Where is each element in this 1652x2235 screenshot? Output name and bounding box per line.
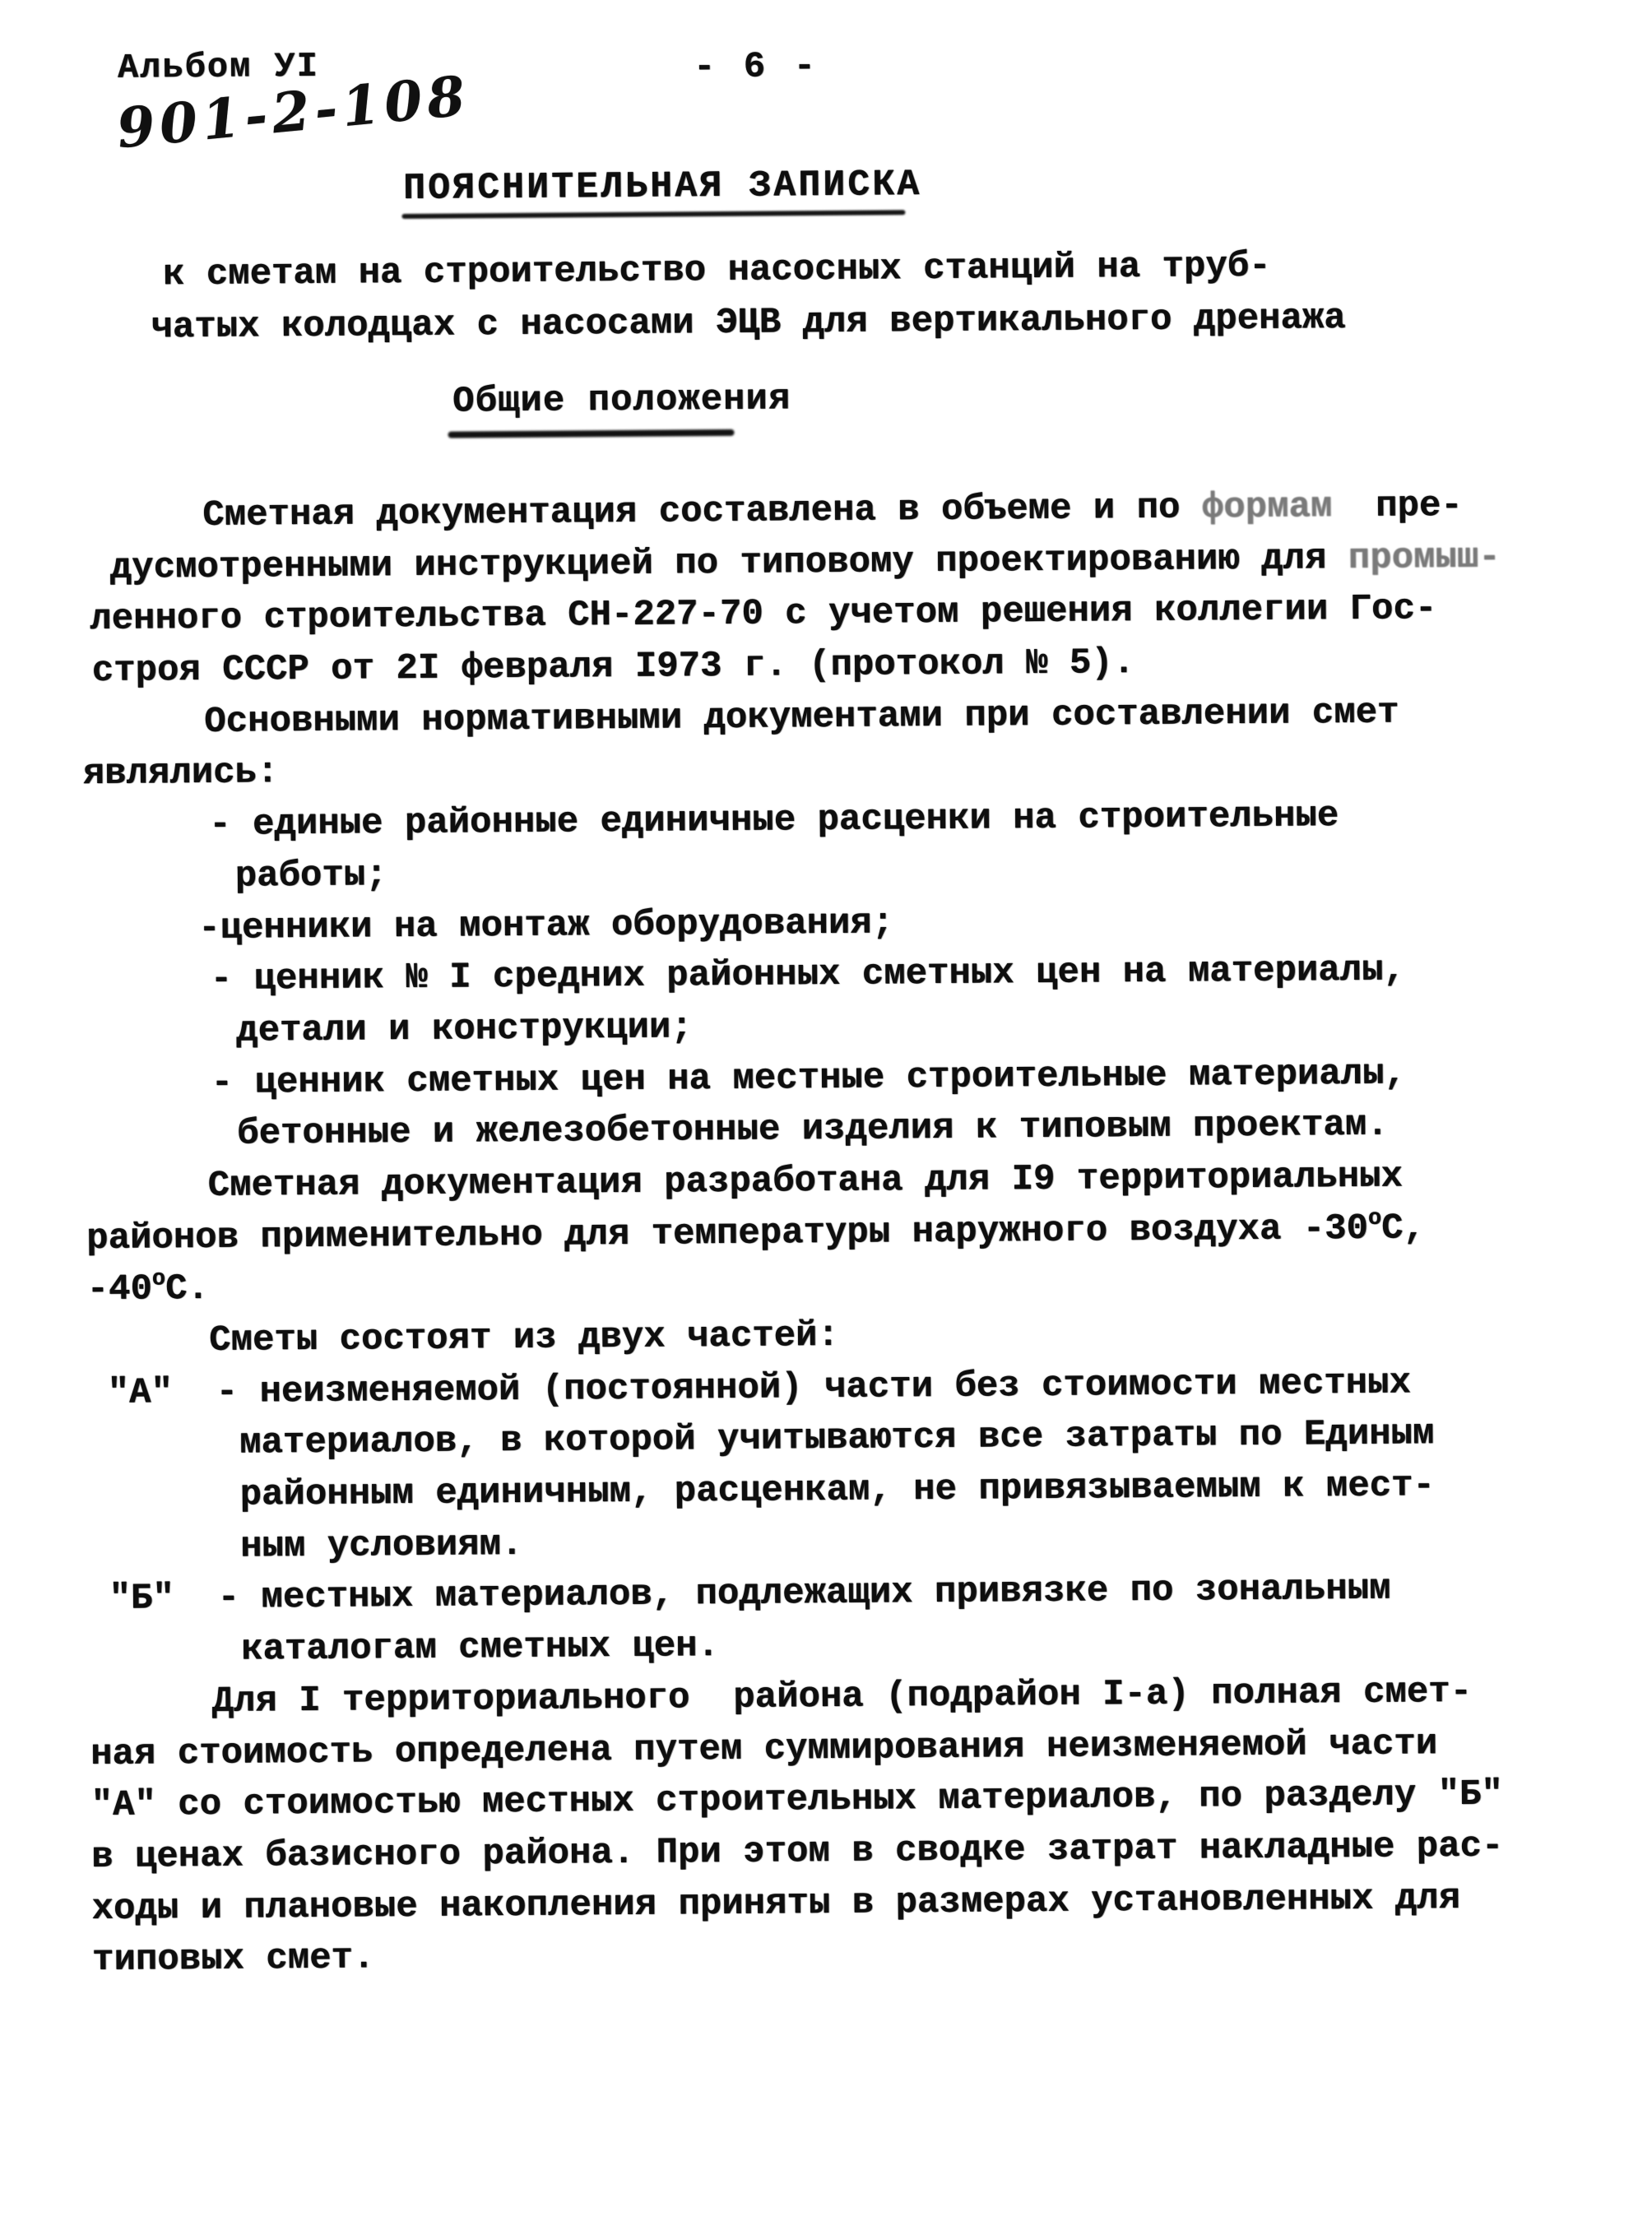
text-segment: - ценник № I средних районных сметных це… [211,950,1406,1000]
text-segment: пре- [1332,485,1463,527]
text-segment: являлись: [83,753,279,795]
text-segment: типовых смет. [92,1938,375,1982]
text-segment: -40 [86,1269,152,1311]
text-segment: Сметы состоят из двух частей: [209,1315,839,1361]
text-segment: "А" со стоимостью местных строительных м… [90,1774,1503,1826]
text-segment: детали и конструкции; [236,1007,693,1051]
section-heading-underline [448,429,735,438]
doc-title: ПОЯСНИТЕЛЬНАЯ ЗАПИСКА [403,164,921,210]
text-segment: - единые районные единичные расценки на … [209,795,1339,846]
text-segment: "А" - неизменяемой (постоянной) части бе… [107,1362,1411,1413]
superscript-degree: о [152,1254,166,1306]
text-segment: - ценник сметных цен на местные строител… [211,1053,1407,1103]
text-segment: районов применительно для температуры на… [86,1208,1368,1259]
superscript-degree: о [1368,1193,1382,1245]
text-segment: "Б" - местных материалов, подлежащих при… [109,1569,1390,1620]
text-segment: Основными нормативными документами при с… [204,692,1399,742]
text-segment: дусмотренными инструкцией по типовому пр… [110,538,1348,589]
text-segment: С. [165,1268,209,1310]
text-segment: Для I территориального района (подрайон … [211,1672,1472,1723]
text-segment: промыш- [1348,536,1501,578]
text-segment: ленного строительства СН-227-70 с учетом… [90,589,1436,641]
text-segment: ным условиям. [240,1524,523,1568]
text-segment: Сметная документация разработана для I9 … [208,1156,1404,1206]
text-segment: ная стоимость определена путем суммирова… [90,1723,1437,1775]
text-segment: районным единичным, расценкам, не привяз… [239,1465,1435,1515]
text-segment: материалов, в которой учитываются все за… [239,1414,1435,1464]
text-segment: -ценники на монтаж оборудования; [198,902,893,949]
text-segment: работы; [235,855,387,897]
text-segment: формам [1202,486,1333,528]
text-segment: строя СССР от 2I февраля I973 г. (проток… [92,642,1135,692]
scanned-page: Альбом УІ 901-2-108 - 6 - ПОЯСНИТЕЛЬНАЯ … [0,0,1652,2235]
body-lines: Сметная документация составлена в объеме… [0,479,1652,1987]
doc-subtitle: к сметам на строительство насосных станц… [0,237,1647,355]
text-segment: ходы и плановые накопления приняты в раз… [91,1878,1460,1930]
text-segment: каталогам сметных цен. [241,1625,719,1671]
text-segment: Сметная документация составлена в объеме… [202,487,1202,536]
title-underline [401,210,905,219]
section-heading: Общие положения [452,378,791,422]
page-number: - 6 - [694,46,819,88]
text-segment: С, [1381,1208,1425,1249]
text-segment: бетонные и железобетонные изделия к типо… [237,1105,1389,1155]
text-segment: в ценах базисного района. При этом в сво… [91,1825,1504,1877]
